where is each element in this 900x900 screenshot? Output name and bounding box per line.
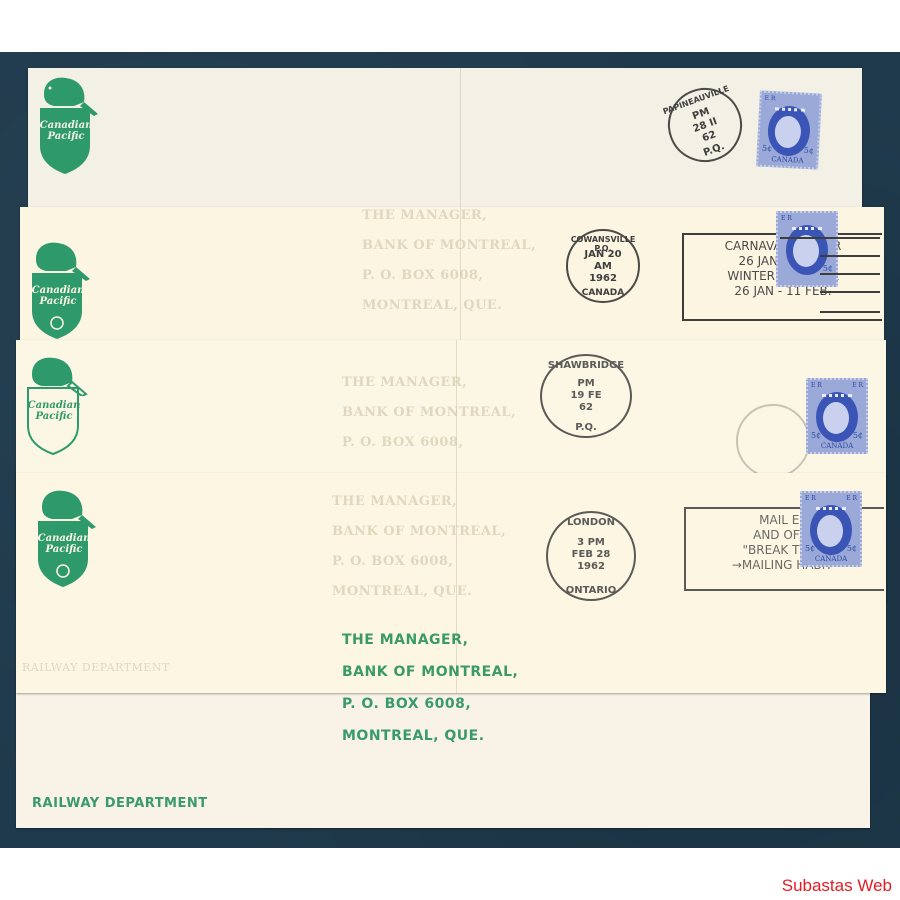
postmark: SHAWBRIDGE PM 19 FE 62 P.Q. [540,354,632,438]
stamp: E R 5¢ 5¢ CANADA [756,90,822,169]
postmark: PAPINEAUVILLE PM 28 II 62 P.Q. [658,78,753,173]
canadian-pacific-logo: Canadian Pacific [32,70,102,182]
logo-text-line1: Canadian [36,120,96,131]
stamp: E R 5¢ [776,211,838,287]
canadian-pacific-logo: Canadian Pacific [30,483,100,595]
address-line: BANK OF MONTREAL, [342,656,518,688]
faded-address: THE MANAGER, BANK OF MONTREAL, P. O. BOX… [362,201,536,321]
railway-department-label: RAILWAY DEPARTMENT [32,796,208,811]
faded-address: THE MANAGER, BANK OF MONTREAL, P. O. BOX… [342,368,516,458]
logo-text-line2: Pacific [36,131,96,142]
address-line: THE MANAGER, [342,624,518,656]
canadian-pacific-logo: Canadian Pacific [20,350,90,462]
postmark: COWANSVILLE P.Q. JAN 20 AM 1962 CANADA [566,229,640,303]
faded-address: THE MANAGER, BANK OF MONTREAL, P. O. BOX… [332,487,506,607]
canadian-pacific-logo: Canadian Pacific [24,235,94,347]
stamp: E R E R 5¢ 5¢ CANADA [806,378,868,454]
watermark: Subastas Web [782,876,892,896]
postmark-secondary [736,404,810,478]
faded-department: RAILWAY DEPARTMENT [22,661,170,674]
stamp: E R E R 5¢ 5¢ CANADA [800,491,862,567]
recipient-address: THE MANAGER, BANK OF MONTREAL, P. O. BOX… [342,624,518,752]
address-line: MONTREAL, QUE. [342,720,518,752]
postmark: LONDON 3 PM FEB 28 1962 ONTARIO [546,511,636,601]
address-line: P. O. BOX 6008, [342,688,518,720]
